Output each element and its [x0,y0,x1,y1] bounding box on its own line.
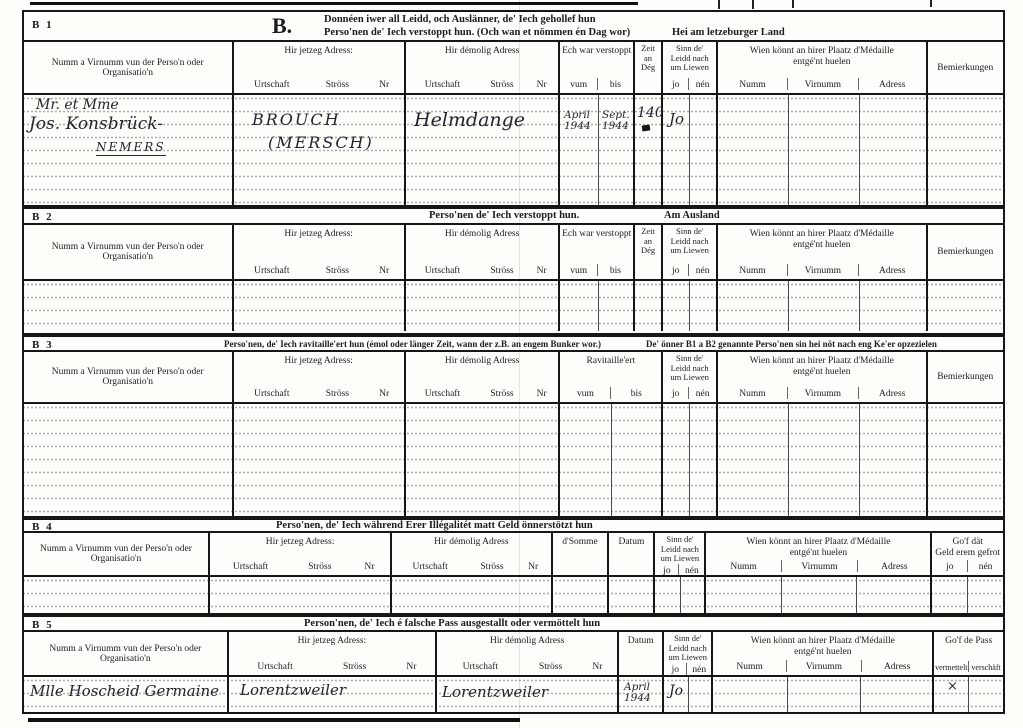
wien-line1: Wien könnt an hirer Plaatz d'Médaille [718,229,926,240]
stross-label: Ströss [479,266,525,276]
gof-geld-line2: Geld erem gefrot [932,548,1002,559]
section-b1-title-band: B 1 B. Donnéen iwer all Leidd, och Auslä… [24,12,1003,42]
demolig-label: Hir démolig Adress [437,632,617,647]
verstoppt-sublabels: vum bis [560,264,632,279]
section-title-line1: Donnéen iwer all Leidd, och Auslänner, d… [324,14,596,25]
stross-label: Ströss [310,80,364,90]
wien-label: Wien könnt an hirer Plaatz d'Médaille en… [718,352,926,378]
ravitailleert-label: Ravitaille'ert [560,352,661,367]
b2-cell-vum [560,281,598,331]
col-header-somme: d'Somme [553,533,610,575]
b1-cell-nen [690,95,718,205]
col-header-jetzeg-adress: Hir jetzeg Adress: Urtschaft Ströss Nr [210,533,392,575]
section-id: B 2 [32,211,54,223]
b2-column-headers: Numm a Virnumm vun der Perso'n oder Orga… [24,225,1003,281]
handwriting-name: Mlle Hoscheid Germaine [30,684,219,700]
b2-body [24,281,1003,331]
adress-label: Adress [858,78,926,90]
col-header-bemierkungen: Bemierkungen [928,352,1003,402]
b4-cell-jo [655,577,680,613]
b4-cell-datum [609,577,655,613]
sinn-line3: um Liewen [663,63,716,73]
section-b4: B 4 Perso'nen, de' Iech während Erer Ill… [22,518,1005,615]
col-header-zeit: Zeit an Dég [635,225,663,279]
bis-label: bis [597,264,633,276]
demolig-label: Hir démolig Adress [406,225,559,240]
numm-label: Numm [718,264,787,276]
col-header-name: Numm a Virnumm vun der Perso'n oder Orga… [24,533,210,575]
numm-label: Numm [713,660,786,672]
jo-label: jo [663,264,688,276]
b3-cell-wien-numm [718,404,788,516]
handwriting-name-alias: NEMERS [96,141,166,156]
wien-label: Wien könnt an hirer Plaatz d'Médaille en… [718,42,926,68]
b3-column-headers: Numm a Virnumm vun der Perso'n oder Orga… [24,352,1003,404]
col-header-jetzeg-adress: Hir jetzeg Adress: Urtschaft Ströss Nr [234,225,406,279]
section-title: Perso'nen, de' Iech ravitaille'ert hun (… [224,339,601,349]
stross-label: Ströss [468,562,516,572]
col-header-wien-medaille: Wien könnt an hirer Plaatz d'Médaille en… [718,42,928,93]
b3-cell-demolig [406,404,561,516]
b4-column-headers: Numm a Virnumm vun der Perso'n oder Orga… [24,533,1003,577]
nr-label: Nr [365,80,404,90]
datum-year: 1944 [624,692,651,704]
col-header-name: Numm a Virnumm vun der Perso'n oder Orga… [24,42,234,93]
sinn-label: Sinn de' Leidd nach um Liewen [663,225,716,256]
b3-cell-jo [663,404,689,516]
virnumm-label: Virnumm [781,560,858,572]
jetzeg-label: Hir jetzeg Adress: [234,225,404,240]
wien-line1: Wien könnt an hirer Plaatz d'Médaille [718,46,926,57]
col-header-sinn-liewen: Sinn de' Leidd nach um Liewen jo nén [664,632,713,675]
wien-line1: Wien könnt an hirer Plaatz d'Médaille [713,636,932,647]
vum-label: vum [560,78,596,90]
col-header-wien-medaille: Wien könnt an hirer Plaatz d'Médaille en… [718,225,928,279]
urtschaft-label: Urtschaft [229,662,322,672]
handwriting-title-mr-mme: Mr. et Mme [36,98,119,113]
b4-cell-nen [681,577,706,613]
col-header-wien-medaille: Wien könnt an hirer Plaatz d'Médaille en… [713,632,934,675]
section-title-line2: Perso'nen de' Iech verstoppt hun. (Och w… [324,27,630,38]
col-header-name: Numm a Virnumm vun der Perso'n oder Orga… [24,225,234,279]
demolig-sublabels: Urtschaft Ströss Nr [392,562,551,575]
nen-label: nén [688,78,716,90]
vermettelt-label: vermettelt [934,661,968,672]
handwriting-liewen-jo: Jo [669,684,683,699]
handwriting-jetzeg-urtschaft-2: (MERSCH) [268,135,374,152]
section-title-suffix: De' önner B1 a B2 genannte Perso'nen sin… [646,339,937,349]
nr-label: Nr [516,562,551,572]
scan-artifact [792,0,794,8]
b2-cell-wien-adress [860,281,928,331]
col-header-sinn-liewen: Sinn de' Leidd nach um Liewen jo nén [663,352,718,402]
scan-artifact [752,0,754,9]
jetzeg-sublabels: Urtschaft Ströss Nr [210,562,390,575]
section-title: Person'nen, de' Iech é falsche Pass ausg… [304,618,600,629]
wien-line2: entgé'nt huelen [713,647,932,658]
zeit-line3: Dég [635,246,661,256]
col-header-demolig-adress: Hir démolig Adress Urtschaft Ströss Nr [392,533,553,575]
stross-label: Ströss [479,80,525,90]
handwriting-datum: April1944 [624,682,651,704]
wien-sublabels: Numm Virnumm Adress [718,264,926,279]
jetzeg-label: Hir jetzeg Adress: [234,352,404,367]
handwriting-demolig-urtschaft: Helmdange [414,111,525,131]
b1-cell-bemierkungen [928,95,1003,205]
scanned-form-page: B 1 B. Donnéen iwer all Leidd, och Auslä… [0,0,1023,728]
b3-cell-bis [612,404,663,516]
gof-pass-sublabels: vermettelt verschäft [934,661,1003,675]
col-header-jetzeg-adress: Hir jetzeg Adress: Urtschaft Ströss Nr [234,42,406,93]
somme-label: d'Somme [553,533,608,548]
urtschaft-label: Urtschaft [406,389,479,399]
b3-cell-wien-virnumm [789,404,860,516]
sinn-sublabels: jo nén [655,564,704,576]
handwriting-pass-x-mark: × [947,680,958,694]
handwriting-jetzeg-urtschaft: Lorentzweiler [240,683,346,699]
section-title-suffix: Hei am letzeburger Land [672,27,785,38]
wien-line2: entgé'nt huelen [718,57,926,68]
urtschaft-label: Urtschaft [406,80,479,90]
col-header-bemierkungen: Bemierkungen [928,42,1003,93]
b4-cell-demolig [392,577,553,613]
demolig-label: Hir démolig Adress [406,42,559,57]
ravitailleert-sublabels: vum bis [560,387,661,402]
bemierkungen-label: Bemierkungen [928,352,1003,402]
urtschaft-label: Urtschaft [234,266,311,276]
wien-sublabels: Numm Virnumm Adress [718,387,926,402]
section-b1: B 1 B. Donnéen iwer all Leidd, och Auslä… [22,10,1005,207]
adress-label: Adress [858,387,926,399]
b3-cell-name [24,404,234,516]
sinn-line3: um Liewen [655,554,704,564]
b1-body: Mr. et Mme Jos. Konsbrück- NEMERS BROUCH… [24,95,1003,205]
handwriting-jetzeg-urtschaft: BROUCH [252,112,341,129]
b5-cell-wien-numm [713,677,787,712]
b2-cell-wien-numm [718,281,788,331]
jetzeg-label: Hir jetzeg Adress: [210,533,390,548]
section-title: Perso'nen de' Iech verstoppt hun. [429,210,579,221]
col-header-demolig-adress: Hir démolig Adress Urtschaft Ströss Nr [406,225,561,279]
urtschaft-label: Urtschaft [210,562,291,572]
numm-label: Numm [718,387,787,399]
scan-artifact [718,0,720,9]
demolig-sublabels: Urtschaft Ströss Nr [406,266,559,279]
nr-label: Nr [578,662,618,672]
wien-line2: entgé'nt huelen [718,240,926,251]
handwriting-zeit-deg: 140 [637,106,664,121]
sinn-label: Sinn de' Leidd nach um Liewen [663,352,716,383]
col-header-sinn-liewen: Sinn de' Leidd nach um Liewen jo nén [655,533,706,575]
col-header-verstoppt: Ech war verstoppt vum bis [560,225,634,279]
urtschaft-label: Urtschaft [234,389,311,399]
b5-cell-wien-virnumm [788,677,861,712]
col-header-sinn-liewen: Sinn de' Leidd nach um Liewen jo nén [663,225,718,279]
col-header-wien-medaille: Wien könnt an hirer Plaatz d'Médaille en… [706,533,932,575]
col-header-demolig-adress: Hir démolig Adress Urtschaft Ströss Nr [406,42,561,93]
verschaft-label: verschäft [968,661,1003,672]
nen-label: nén [688,264,716,276]
stross-label: Ströss [322,662,388,672]
jo-label: jo [932,560,967,572]
b3-cell-wien-adress [860,404,928,516]
vum-label: vum [560,387,610,399]
wien-label: Wien könnt an hirer Plaatz d'Médaille en… [718,225,926,251]
col-header-datum: Datum [619,632,664,675]
b1-cell-wien-adress [860,95,928,205]
wien-label: Wien könnt an hirer Plaatz d'Médaille en… [713,632,932,658]
nr-label: Nr [349,562,390,572]
sinn-label: Sinn de' Leidd nach um Liewen [663,42,716,73]
demolig-label: Hir démolig Adress [392,533,551,548]
jo-label: jo [663,387,688,399]
b4-cell-jetzeg [210,577,392,613]
gof-geld-label: Go'f dät Geld erem gefrot [932,533,1002,559]
nen-label: nén [678,564,704,576]
numm-label: Numm [718,78,787,90]
col-header-name: Numm a Virnumm vun der Perso'n oder Orga… [24,632,229,675]
scan-artifact [930,0,932,7]
wien-line2: entgé'nt huelen [718,367,926,378]
section-b4-title-band: B 4 Perso'nen, de' Iech während Erer Ill… [24,520,1003,533]
wien-sublabels: Numm Virnumm Adress [713,660,932,675]
urtschaft-label: Urtschaft [392,562,468,572]
handwriting-name: Jos. Konsbrück- [29,116,163,134]
handwriting-bis: Sept.1944 [602,110,630,132]
b4-cell-gof-jo [932,577,967,613]
section-title: Perso'nen, de' Iech während Erer Illégal… [276,520,593,531]
sinn-sublabels: jo nén [664,663,711,676]
section-b2-title-band: B 2 Perso'nen de' Iech verstoppt hun. Am… [24,209,1003,225]
b4-cell-name [24,577,210,613]
b2-cell-jetzeg [234,281,406,331]
bis-label: bis [610,387,661,399]
virnumm-label: Virnumm [786,660,861,672]
vum-label: vum [560,264,596,276]
section-b3-title-band: B 3 Perso'nen, de' Iech ravitaille'ert h… [24,337,1003,352]
jo-label: jo [664,663,686,675]
jetzeg-sublabels: Urtschaft Ströss Nr [234,266,404,279]
section-letter: B. [272,13,292,39]
col-header-datum: Datum [609,533,655,575]
ink-mark [642,124,651,131]
sinn-sublabels: jo nén [663,78,716,93]
verstoppt-label: Ech war verstoppt [560,225,632,240]
b5-cell-pass-verschaft [969,677,1003,712]
sinn-line3: um Liewen [663,246,716,256]
b2-cell-name [24,281,234,331]
b2-cell-zeit [635,281,663,331]
bis-label: bis [597,78,633,90]
section-id: B 4 [32,521,54,533]
section-id: B 5 [32,619,54,631]
scan-edge-top [30,2,638,5]
virnumm-label: Virnumm [787,78,858,90]
b2-cell-jo [663,281,689,331]
b5-column-headers: Numm a Virnumm vun der Perso'n oder Orga… [24,632,1003,677]
verstoppt-label: Ech war verstoppt [560,42,632,57]
sinn-line3: um Liewen [663,373,716,383]
demolig-label: Hir démolig Adress [406,352,559,367]
col-header-jetzeg-adress: Hir jetzeg Adress: Urtschaft Ströss Nr [229,632,438,675]
jo-label: jo [655,564,678,576]
handwriting-demolig-urtschaft: Lorentzweiler [442,685,548,701]
b2-cell-demolig [406,281,561,331]
col-header-name: Numm a Virnumm vun der Perso'n oder Orga… [24,352,234,402]
col-header-gof-pass: Go'f de Pass vermettelt verschäft [934,632,1003,675]
b2-cell-bemierkungen [928,281,1003,331]
numm-label: Numm [706,560,780,572]
nr-label: Nr [525,80,559,90]
gof-pass-label: Go'f de Pass [934,632,1003,647]
sinn-label: Sinn de' Leidd nach um Liewen [655,533,704,564]
handwriting-vum: April1944 [564,110,591,132]
sinn-sublabels: jo nén [663,387,716,402]
wien-sublabels: Numm Virnumm Adress [718,78,926,93]
urtschaft-label: Urtschaft [234,80,311,90]
b4-body [24,577,1003,613]
b1-column-headers: Numm a Virnumm vun der Perso'n oder Orga… [24,42,1003,95]
section-b2: B 2 Perso'nen de' Iech verstoppt hun. Am… [22,207,1005,335]
sinn-line3: um Liewen [664,653,711,663]
b5-body: Mlle Hoscheid Germaine Lorentzweiler Lor… [24,677,1003,712]
stross-label: Ströss [479,389,525,399]
jo-label: jo [663,78,688,90]
jetzeg-sublabels: Urtschaft Ströss Nr [234,80,404,93]
b4-cell-somme [553,577,610,613]
b3-cell-nen [690,404,718,516]
sinn-label: Sinn de' Leidd nach um Liewen [664,632,711,663]
nr-label: Nr [525,266,559,276]
virnumm-label: Virnumm [787,264,858,276]
b2-cell-nen [690,281,718,331]
adress-label: Adress [857,560,930,572]
vum-year: 1944 [564,120,591,132]
section-b3: B 3 Perso'nen, de' Iech ravitaille'ert h… [22,335,1005,518]
col-header-verstoppt: Ech war verstoppt vum bis [560,42,634,93]
sinn-sublabels: jo nén [663,264,716,279]
scan-edge-bottom [28,718,520,722]
jetzeg-label: Hir jetzeg Adress: [234,42,404,57]
datum-label: Datum [619,632,662,647]
handwriting-liewen-jo: Jo [669,112,684,128]
b2-cell-bis [599,281,635,331]
b2-cell-wien-virnumm [789,281,860,331]
bis-year: 1944 [602,120,629,132]
stross-label: Ströss [291,562,349,572]
col-header-gof-geld: Go'f dät Geld erem gefrot jo nén [932,533,1002,575]
demolig-sublabels: Urtschaft Ströss Nr [406,389,559,402]
gof-geld-sublabels: jo nén [932,560,1002,575]
verstoppt-sublabels: vum bis [560,78,632,93]
urtschaft-label: Urtschaft [406,266,479,276]
b5-cell-wien-adress [861,677,934,712]
b3-cell-jetzeg [234,404,406,516]
zeit-label: Zeit an Dég [635,42,661,73]
nr-label: Nr [525,389,559,399]
datum-label: Datum [609,533,653,548]
section-title-suffix: Am Ausland [664,210,720,221]
b3-cell-bemierkungen [928,404,1003,516]
gof-geld-line1: Go'f dät [932,537,1002,548]
wien-label: Wien könnt an hirer Plaatz d'Médaille en… [706,533,930,559]
zeit-label: Zeit an Dég [635,225,661,256]
nen-label: nén [967,560,1003,572]
col-header-sinn-liewen: Sinn de' Leidd nach um Liewen jo nén [663,42,718,93]
wien-line2: entgé'nt huelen [706,548,930,559]
section-b5: B 5 Person'nen, de' Iech é falsche Pass … [22,615,1005,714]
col-header-jetzeg-adress: Hir jetzeg Adress: Urtschaft Ströss Nr [234,352,406,402]
col-header-wien-medaille: Wien könnt an hirer Plaatz d'Médaille en… [718,352,928,402]
wien-line1: Wien könnt an hirer Plaatz d'Médaille [718,356,926,367]
nr-label: Nr [365,389,404,399]
adress-label: Adress [861,660,933,672]
b4-cell-gof-nen [968,577,1003,613]
nr-label: Nr [388,662,435,672]
stross-label: Ströss [524,662,578,672]
jetzeg-sublabels: Urtschaft Ströss Nr [229,662,436,675]
col-header-bemierkungen: Bemierkungen [928,225,1003,279]
b4-cell-wien-virnumm [782,577,857,613]
adress-label: Adress [858,264,926,276]
section-b5-title-band: B 5 Person'nen, de' Iech é falsche Pass … [24,617,1003,632]
b3-cell-vum [560,404,612,516]
stross-label: Ströss [310,389,364,399]
bemierkungen-label: Bemierkungen [928,42,1003,93]
demolig-sublabels: Urtschaft Ströss Nr [437,662,617,675]
wien-sublabels: Numm Virnumm Adress [706,560,930,575]
jetzeg-label: Hir jetzeg Adress: [229,632,436,647]
col-header-demolig-adress: Hir démolig Adress Urtschaft Ströss Nr [437,632,619,675]
b3-body [24,404,1003,516]
b1-cell-wien-numm [718,95,788,205]
section-id: B 1 [32,19,54,31]
virnumm-label: Virnumm [787,387,858,399]
nen-label: nén [686,663,711,675]
zeit-line3: Dég [635,63,661,73]
col-header-zeit: Zeit an Dég [635,42,663,93]
col-header-demolig-adress: Hir démolig Adress Urtschaft Ströss Nr [406,352,561,402]
nen-label: nén [688,387,716,399]
b4-cell-wien-numm [706,577,781,613]
bemierkungen-label: Bemierkungen [928,225,1003,279]
nr-label: Nr [365,266,404,276]
demolig-sublabels: Urtschaft Ströss Nr [406,80,559,93]
col-header-ravitailleert: Ravitaille'ert vum bis [560,352,663,402]
wien-line1: Wien könnt an hirer Plaatz d'Médaille [706,537,930,548]
b5-cell-nen [689,677,713,712]
b4-cell-wien-adress [857,577,932,613]
jetzeg-sublabels: Urtschaft Ströss Nr [234,389,404,402]
b1-cell-wien-virnumm [789,95,860,205]
stross-label: Ströss [310,266,364,276]
section-id: B 3 [32,339,54,351]
urtschaft-label: Urtschaft [437,662,523,672]
